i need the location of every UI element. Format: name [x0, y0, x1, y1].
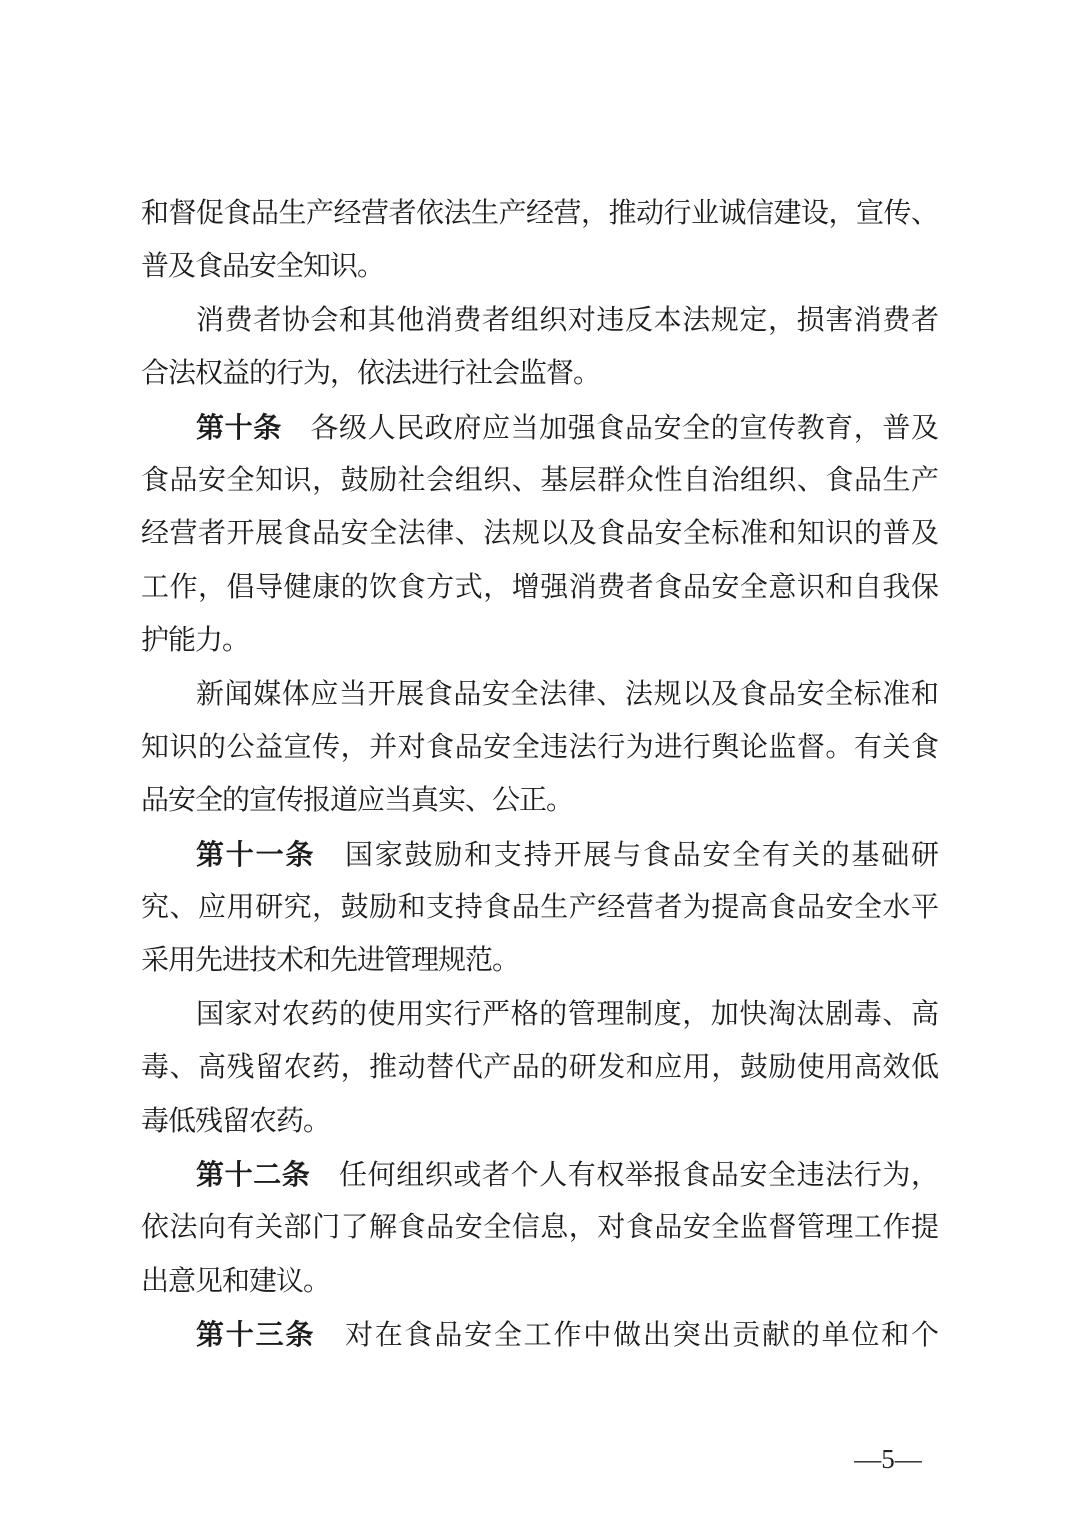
text-segment: 护能力。	[141, 625, 249, 656]
text-segment: 工作，倡导健康的饮食方式，增强消费者食品安全意识和自我保	[141, 572, 938, 603]
text-segment: 究、应用研究，鼓励和支持食品生产经营者为提高食品安全水平	[141, 892, 938, 923]
body-line: 依法向有关部门了解食品安全信息，对食品安全监督管理工作提	[141, 1201, 938, 1254]
text-segment: 食品安全知识，鼓励社会组织、基层群众性自治组织、食品生产	[141, 465, 938, 496]
text-segment: 新闻媒体应当开展食品安全法律、法规以及食品安全标准和	[196, 679, 938, 710]
body-line: 采用先进技术和先进管理规范。	[141, 934, 938, 987]
text-segment: 对在食品安全工作中做出突出贡献的单位和个	[315, 1320, 938, 1351]
text-segment: 知识的公益宣传，并对食品安全违法行为进行舆论监督。有关食	[141, 732, 938, 763]
article-number: 第十三条	[196, 1319, 315, 1350]
body-line: 消费者协会和其他消费者组织对违反本法规定，损害消费者	[141, 294, 938, 347]
text-segment: 采用先进技术和先进管理规范。	[141, 945, 519, 976]
text-segment: 国家鼓励和支持开展与食品安全有关的基础研	[315, 840, 938, 871]
body-line: 和督促食品生产经营者依法生产经营，推动行业诚信建设，宣传、	[141, 187, 938, 240]
body-line: 究、应用研究，鼓励和支持食品生产经营者为提高食品安全水平	[141, 881, 938, 934]
body-line: 食品安全知识，鼓励社会组织、基层群众性自治组织、食品生产	[141, 454, 938, 507]
text-segment: 国家对农药的使用实行严格的管理制度，加快淘汰剧毒、高	[196, 999, 938, 1030]
article-number: 第十一条	[196, 839, 315, 870]
article-line: 第十条 各级人民政府应当加强食品安全的宣传教育，普及	[141, 401, 938, 454]
body-line: 经营者开展食品安全法律、法规以及食品安全标准和知识的普及	[141, 507, 938, 560]
page: 和督促食品生产经营者依法生产经营，推动行业诚信建设，宣传、普及食品安全知识。消费…	[0, 0, 1074, 1520]
body-line: 新闻媒体应当开展食品安全法律、法规以及食品安全标准和	[141, 668, 938, 721]
text-segment: 消费者协会和其他消费者组织对违反本法规定，损害消费者	[196, 305, 938, 336]
body-line: 合法权益的行为，依法进行社会监督。	[141, 347, 938, 400]
article-number: 第十条	[196, 412, 282, 443]
body-line: 国家对农药的使用实行严格的管理制度，加快淘汰剧毒、高	[141, 988, 938, 1041]
body-line: 品安全的宣传报道应当真实、公正。	[141, 774, 938, 827]
text-segment: 各级人民政府应当加强食品安全的宣传教育，普及	[282, 413, 938, 444]
text-segment: 和督促食品生产经营者依法生产经营，推动行业诚信建设，宣传、	[141, 198, 938, 229]
document-page: { "page": { "page_number": "—5—", "backg…	[0, 0, 1074, 1520]
text-block: 和督促食品生产经营者依法生产经营，推动行业诚信建设，宣传、普及食品安全知识。消费…	[141, 187, 938, 1362]
article-number: 第十二条	[196, 1159, 310, 1190]
article-line: 第十一条 国家鼓励和支持开展与食品安全有关的基础研	[141, 828, 938, 881]
body-line: 护能力。	[141, 614, 938, 667]
text-segment: 依法向有关部门了解食品安全信息，对食品安全监督管理工作提	[141, 1212, 938, 1243]
body-line: 出意见和建议。	[141, 1255, 938, 1308]
text-segment: 毒低残留农药。	[141, 1106, 330, 1137]
text-segment: 合法权益的行为，依法进行社会监督。	[141, 358, 600, 389]
text-segment: 出意见和建议。	[141, 1266, 330, 1297]
text-segment: 经营者开展食品安全法律、法规以及食品安全标准和知识的普及	[141, 518, 938, 549]
body-line: 毒、高残留农药，推动替代产品的研发和应用，鼓励使用高效低	[141, 1041, 938, 1094]
article-line: 第十三条 对在食品安全工作中做出突出贡献的单位和个	[141, 1308, 938, 1361]
body-line: 毒低残留农药。	[141, 1095, 938, 1148]
body-line: 普及食品安全知识。	[141, 240, 938, 293]
text-segment: 毒、高残留农药，推动替代产品的研发和应用，鼓励使用高效低	[141, 1052, 938, 1083]
article-line: 第十二条 任何组织或者个人有权举报食品安全违法行为，	[141, 1148, 938, 1201]
text-segment: 任何组织或者个人有权举报食品安全违法行为，	[310, 1160, 938, 1191]
page-number: —5—	[848, 1442, 928, 1476]
text-segment: 品安全的宣传报道应当真实、公正。	[141, 785, 573, 816]
body-line: 工作，倡导健康的饮食方式，增强消费者食品安全意识和自我保	[141, 561, 938, 614]
text-segment: 普及食品安全知识。	[141, 251, 384, 282]
body-line: 知识的公益宣传，并对食品安全违法行为进行舆论监督。有关食	[141, 721, 938, 774]
